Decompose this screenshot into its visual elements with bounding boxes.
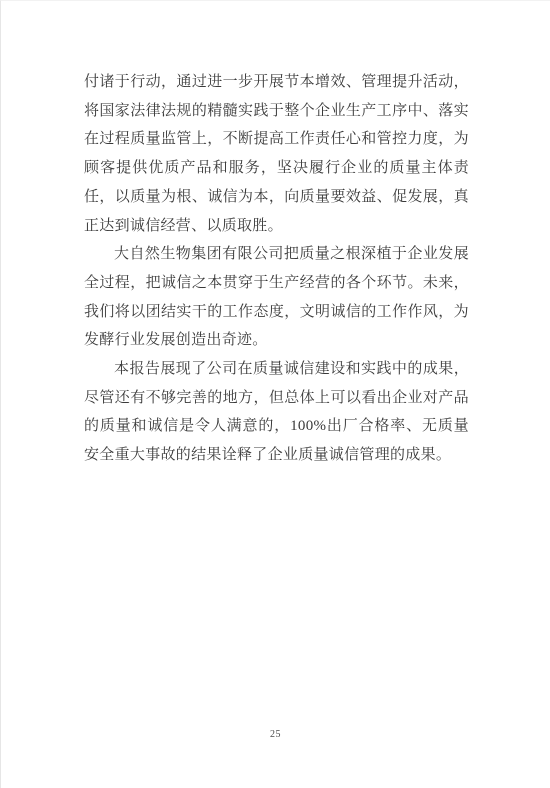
page-footer: 25 xyxy=(1,729,550,740)
page-number: 25 xyxy=(270,729,281,740)
document-page: 付诸于行动，通过进一步开展节本增效、管理提升活动，将国家法律法规的精髓实践于整个… xyxy=(0,0,550,788)
paragraph-continuation: 付诸于行动，通过进一步开展节本增效、管理提升活动，将国家法律法规的精髓实践于整个… xyxy=(84,68,469,240)
paragraph-report-conclusion: 本报告展现了公司在质量诚信建设和实践中的成果，尽管还有不够完善的地方，但总体上可… xyxy=(84,355,469,470)
paragraph-company-commitment: 大自然生物集团有限公司把质量之根深植于企业发展全过程，把诚信之本贯穿于生产经营的… xyxy=(84,240,469,355)
page-body: 付诸于行动，通过进一步开展节本增效、管理提升活动，将国家法律法规的精髓实践于整个… xyxy=(84,68,469,470)
